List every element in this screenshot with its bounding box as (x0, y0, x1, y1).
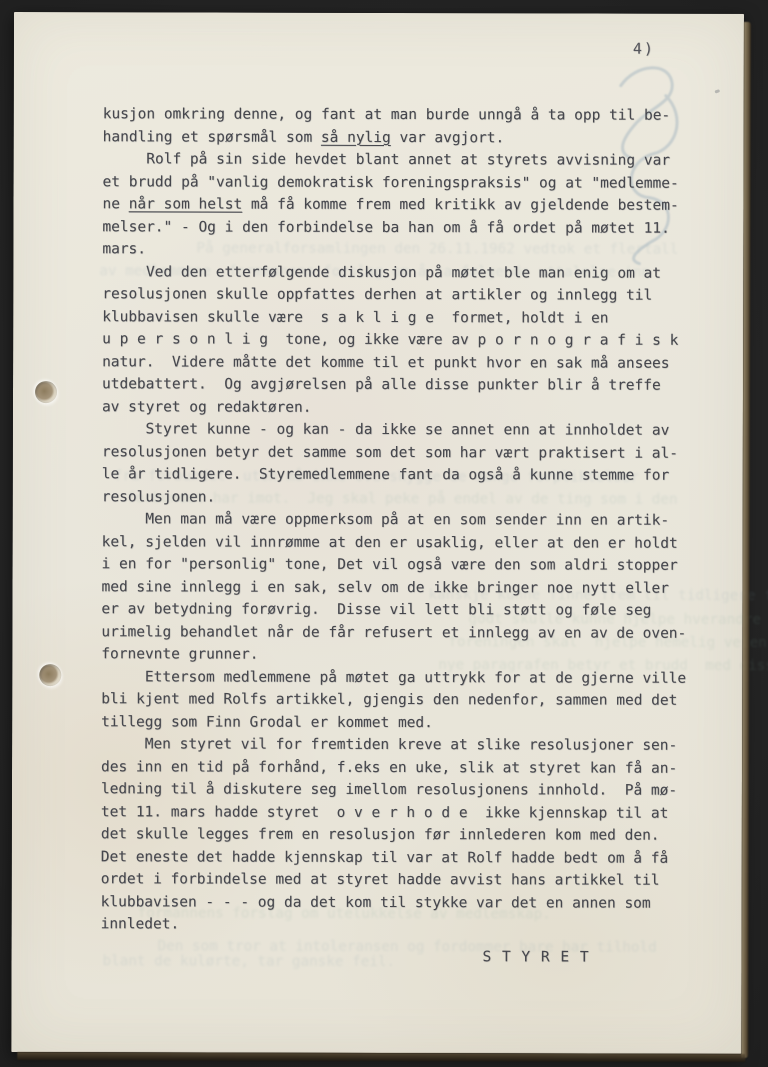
signature-styret: S T Y R E T (483, 949, 590, 965)
text-segment: utdebattert. Og avgjørelsen på alle diss… (102, 376, 661, 393)
text-segment: ordet i forbindelse med at styret hadde … (101, 871, 660, 888)
typed-line: det skulle legges frem en resolusjon før… (101, 823, 686, 847)
text-segment: Styret kunne - og kan - da ikke se annet… (102, 421, 669, 438)
typed-line: med sine innlegg i en sak, selv om de ik… (101, 576, 686, 600)
typed-line: i en for "personlig" tone, Det vil også … (102, 553, 687, 577)
text-segment: melser." - Og i den forbindelse ba han o… (102, 219, 669, 236)
text-segment: Ettersom medlemmene på møtet ga uttrykk … (101, 669, 686, 687)
text-segment: må få komme frem med kritikk av gjeldend… (242, 197, 679, 214)
document-page: 4) På generalforsamlingen den 26.11.1962… (11, 12, 744, 1054)
text-segment: kel, sjelden vil innrømme at den er usak… (102, 534, 678, 552)
typed-line: le år tidligere. Styremedlemmene fant da… (102, 463, 687, 487)
typed-line: er av betydning forøvrig. Disse vil lett… (101, 598, 686, 622)
typed-line: kusjon omkring denne, og fant at man bur… (103, 103, 688, 127)
text-segment: mars. (102, 241, 146, 257)
punch-hole-bottom (39, 664, 61, 686)
bleedthrough-line: blant de kulørte, tar ganske feil. (102, 953, 395, 970)
text-segment: des inn en tid på forhånd, f.eks en uke,… (101, 759, 677, 777)
typed-line: melser." - Og i den forbindelse ba han o… (102, 216, 687, 240)
text-segment: tillegg som Finn Grodal er kommet med. (101, 714, 433, 731)
text-segment: Rolf på sin side hevdet blant annet at s… (103, 151, 670, 168)
typed-line: urimelig behandlet når de får refusert e… (101, 621, 686, 645)
underlined-text: så nylig (321, 129, 391, 145)
text-segment: klubbavisen skulle være s a k l i g e fo… (102, 309, 608, 326)
text-segment: tet 11. mars hadde styret o v e r h o d … (101, 804, 668, 821)
typed-line: Ettersom medlemmene på møtet ga uttrykk … (101, 666, 686, 690)
text-segment: u p e r s o n l i g tone, og ikke være a… (102, 331, 678, 349)
typed-line: innledet. (101, 913, 686, 937)
page-stack-edge-bottom (17, 1052, 745, 1062)
text-segment: ledning til å diskutere seg imellom reso… (101, 781, 677, 799)
typed-line: Men styret vil for fremtiden kreve at sl… (101, 733, 686, 757)
text-segment: resolusjonen. (102, 489, 216, 505)
typed-line: tillegg som Finn Grodal er kommet med. (101, 711, 686, 735)
text-segment: klubbavisen - - - og da det kom til styk… (101, 894, 651, 911)
page-stack-edge-right (741, 22, 751, 1058)
typed-line: Rolf på sin side hevdet blant annet at s… (103, 148, 688, 172)
text-segment: handling et spørsmål som (103, 129, 321, 146)
typed-line: ordet i forbindelse med at styret hadde … (101, 868, 686, 892)
punch-hole-top (35, 381, 57, 403)
typed-line: ledning til å diskutere seg imellom reso… (101, 778, 686, 802)
typed-line: resolusjonen. (102, 486, 687, 510)
text-segment: av styret og redaktøren. (102, 399, 312, 416)
typed-line: resolusjonen skulle oppfattes derhen at … (102, 283, 687, 307)
typed-line: ne når som helst må få komme frem med kr… (102, 193, 687, 217)
scan-background: 4) På generalforsamlingen den 26.11.1962… (0, 0, 768, 1067)
typed-line: resolusjonen betyr det samme som det som… (102, 441, 687, 465)
typed-line: Men man må være oppmerksom på at en som … (102, 508, 687, 532)
text-segment: Men styret vil for fremtiden kreve at sl… (101, 736, 677, 754)
typed-line: Ved den etterfølgende diskusjon på møtet… (102, 261, 687, 285)
text-segment: natur. Videre måtte det komme til et pun… (102, 354, 669, 371)
underlined-text: når som helst (129, 196, 243, 212)
text-segment: Men man må være oppmerksom på at en som … (102, 511, 669, 528)
text-segment: ne (102, 196, 128, 212)
text-segment: med sine innlegg i en sak, selv om de ik… (101, 579, 668, 596)
typed-line: klubbavisen - - - og da det kom til styk… (101, 891, 686, 915)
typed-line: des inn en tid på forhånd, f.eks en uke,… (101, 756, 686, 780)
text-segment: var avgjort. (391, 129, 505, 145)
text-segment: resolusjonen betyr det samme som det som… (102, 444, 678, 462)
typed-body-text: kusjon omkring denne, og fant at man bur… (101, 103, 688, 937)
text-segment: Det eneste det hadde kjennskap til var a… (101, 849, 668, 866)
typed-line: av styret og redaktøren. (102, 396, 687, 420)
typed-line: tet 11. mars hadde styret o v e r h o d … (101, 801, 686, 825)
typed-line: natur. Videre måtte det komme til et pun… (102, 351, 687, 375)
text-segment: bli kjent med Rolfs artikkel, gjengis de… (101, 691, 677, 709)
typed-line: utdebattert. Og avgjørelsen på alle diss… (102, 373, 687, 397)
text-segment: det skulle legges frem en resolusjon før… (101, 826, 660, 843)
text-segment: i en for "personlig" tone, Det vil også … (102, 556, 678, 574)
text-segment: innledet. (101, 916, 180, 932)
typed-line: u p e r s o n l i g tone, og ikke være a… (102, 328, 687, 352)
text-segment: fornevnte grunner. (101, 646, 258, 662)
typed-line: kel, sjelden vil innrømme at den er usak… (102, 531, 687, 555)
typed-line: handling et spørsmål som så nylig var av… (103, 126, 688, 150)
typed-line: mars. (102, 238, 687, 262)
text-segment: resolusjonen skulle oppfattes derhen at … (102, 286, 652, 303)
text-segment: urimelig behandlet når de får refusert e… (101, 624, 686, 642)
text-segment: Ved den etterfølgende diskusjon på møtet… (102, 264, 661, 281)
typed-line: Det eneste det hadde kjennskap til var a… (101, 846, 686, 870)
text-segment: le år tidligere. Styremedlemmene fant da… (102, 466, 669, 483)
typed-line: Styret kunne - og kan - da ikke se annet… (102, 418, 687, 442)
typed-line: et brudd på "vanlig demokratisk forening… (103, 171, 688, 195)
typed-line: klubbavisen skulle være s a k l i g e fo… (102, 306, 687, 330)
text-segment: et brudd på "vanlig demokratisk forening… (103, 174, 679, 192)
text-segment: kusjon omkring denne, og fant at man bur… (103, 106, 670, 123)
typed-line: bli kjent med Rolfs artikkel, gjengis de… (101, 688, 686, 712)
typed-line: fornevnte grunner. (101, 643, 686, 667)
text-segment: er av betydning forøvrig. Disse vil lett… (101, 601, 651, 618)
